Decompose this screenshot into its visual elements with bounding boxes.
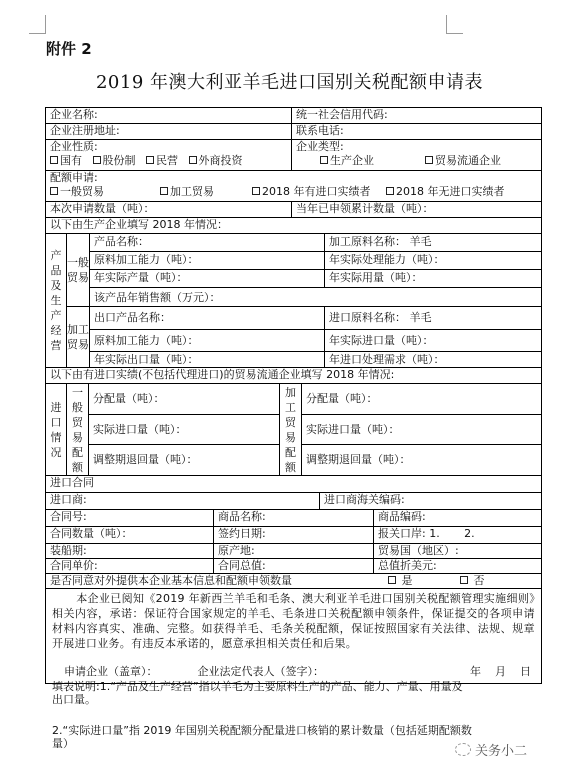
commodity-name-field[interactable]: 商品名称: bbox=[213, 510, 373, 526]
table-row: 合同数量（吨）： 签约日期: 报关口岸: 1. 2. bbox=[46, 526, 541, 543]
production-block: 产品及生产经营 一般贸易 产品名称： 加工原料名称： 羊毛 原料加工能力（吨）：… bbox=[46, 233, 541, 367]
apply-qty-field[interactable]: 本次申请数量（吨）： bbox=[46, 202, 291, 217]
quota-option-general[interactable]: 一般贸易 bbox=[50, 185, 160, 199]
consent-question: 是否同意对外提供本企业基本信息和配额申领数量 bbox=[46, 574, 384, 588]
company-name-field[interactable]: 企业名称: bbox=[46, 108, 291, 123]
legal-rep-signature-field[interactable]: 企业法定代表人（签字）： bbox=[198, 665, 325, 679]
processing-capacity-field[interactable]: 原料加工能力（吨）： bbox=[90, 334, 324, 348]
checkbox-icon[interactable] bbox=[388, 576, 396, 584]
processing-quota-label: 加工贸易配额 bbox=[279, 384, 301, 475]
checkbox-icon[interactable] bbox=[252, 187, 260, 195]
contract-qty-field[interactable]: 合同数量（吨）： bbox=[46, 527, 213, 543]
page-corner-mark bbox=[446, 15, 463, 34]
contract-section-header: 进口合同 bbox=[46, 476, 541, 492]
checkbox-icon[interactable] bbox=[50, 156, 58, 164]
instruction-note-2: 2.“实际进口量”指 2019 年国别关税配额分配量进口核销的累计数量（包括延期… bbox=[52, 724, 472, 750]
company-type-cell: 企业类型: 生产企业 贸易流通企业 bbox=[291, 140, 541, 170]
nature-option-state[interactable]: 国有 bbox=[50, 154, 82, 167]
actual-output-field[interactable]: 年实际产量（吨）： bbox=[90, 270, 324, 287]
consent-yes-option[interactable]: 是 bbox=[384, 574, 456, 588]
quota-option-processing[interactable]: 加工贸易 bbox=[160, 185, 252, 199]
actual-processing-capacity-field[interactable]: 年实际处理能力（吨）： bbox=[324, 252, 541, 269]
importer-customs-code-field[interactable]: 进口商海关编码: bbox=[319, 493, 541, 509]
phone-field[interactable]: 联系电话: bbox=[291, 124, 541, 139]
watermark: 关务小二 bbox=[455, 740, 527, 759]
import-status-label: 进口情况 bbox=[46, 384, 66, 475]
instruction-note-1: 填表说明:1.“产品及生产经营”指以羊毛为主要原料生产的产品、能力、产量、用量及… bbox=[52, 680, 472, 706]
checkbox-icon[interactable] bbox=[93, 156, 101, 164]
processing-allocated-field[interactable]: 分配量（吨）： bbox=[302, 384, 541, 414]
table-row: 企业注册地址: 联系电话: bbox=[46, 123, 541, 139]
contract-no-field[interactable]: 合同号: bbox=[46, 510, 213, 526]
raw-material-name-field[interactable]: 加工原料名称： 羊毛 bbox=[324, 234, 541, 251]
table-row: 合同号: 商品名称: 商品编码: bbox=[46, 509, 541, 526]
credit-code-field[interactable]: 统一社会信用代码: bbox=[291, 108, 541, 123]
total-value-field[interactable]: 合同总值: bbox=[213, 559, 373, 573]
table-row: 以下由生产企业填写 2018 年情况： bbox=[46, 217, 541, 233]
processing-actual-import-field[interactable]: 实际进口量（吨）： bbox=[302, 414, 541, 444]
company-nature-label: 企业性质: bbox=[50, 140, 287, 154]
trade-section-header: 以下由有进口实绩(不包括代理进口)的贸易流通企业填写 2018 年情况: bbox=[46, 368, 541, 383]
table-row: 以下由有进口实绩(不包括代理进口)的贸易流通企业填写 2018 年情况: bbox=[46, 367, 541, 383]
quota-option-has-record[interactable]: 2018 年有进口实绩者 bbox=[252, 185, 386, 199]
usd-value-field[interactable]: 总值折美元: bbox=[373, 559, 541, 573]
page-corner-mark bbox=[29, 15, 46, 34]
production-side-label: 产品及生产经营 bbox=[46, 234, 66, 367]
cumulative-qty-field[interactable]: 当年已申领累计数量（吨）： bbox=[291, 202, 541, 217]
signing-date-field[interactable]: 签约日期: bbox=[213, 527, 373, 543]
export-product-name-field[interactable]: 出口产品名称： bbox=[90, 311, 324, 325]
processing-trade-label: 加工贸易 bbox=[67, 307, 89, 367]
nature-option-private[interactable]: 民营 bbox=[146, 154, 178, 167]
shipment-period-field[interactable]: 装船期: bbox=[46, 544, 213, 558]
general-returned-field[interactable]: 调整期退回量（吨）： bbox=[89, 444, 279, 475]
customs-port-field[interactable]: 报关口岸: 1. 2. bbox=[373, 527, 541, 543]
processing-trade-block: 加工贸易 出口产品名称： 进口原料名称： 羊毛 原料加工能力（吨）： 年实际进口… bbox=[67, 306, 541, 367]
company-address-field[interactable]: 企业注册地址: bbox=[46, 124, 291, 139]
quota-option-no-record[interactable]: 2018 年无进口实绩者 bbox=[386, 185, 505, 199]
date-field[interactable]: 年 月 日 bbox=[470, 665, 531, 679]
checkbox-icon[interactable] bbox=[320, 156, 328, 164]
table-row: 企业性质: 国有 股份制 民营 外商投资 企业类型: 生产企业 贸易流通企业 bbox=[46, 139, 541, 170]
application-form-table: 企业名称: 统一社会信用代码: 企业注册地址: 联系电话: 企业性质: 国有 股… bbox=[45, 107, 542, 684]
table-row: 是否同意对外提供本企业基本信息和配额申领数量 是 否 bbox=[46, 573, 541, 588]
table-row: 进口商: 进口商海关编码: bbox=[46, 492, 541, 509]
product-name-field[interactable]: 产品名称： bbox=[90, 234, 324, 251]
checkbox-icon[interactable] bbox=[160, 187, 168, 195]
checkbox-icon[interactable] bbox=[189, 156, 197, 164]
origin-field[interactable]: 原产地: bbox=[213, 544, 373, 558]
quota-application-cell: 配额申请: 一般贸易 加工贸易 2018 年有进口实绩者 2018 年无进口实绩… bbox=[46, 171, 541, 201]
checkbox-icon[interactable] bbox=[146, 156, 154, 164]
general-quota-label: 一般贸易配额 bbox=[66, 384, 88, 475]
processing-capacity-field[interactable]: 原料加工能力（吨）： bbox=[90, 252, 324, 269]
general-allocated-field[interactable]: 分配量（吨）： bbox=[89, 384, 279, 414]
production-section-header: 以下由生产企业填写 2018 年情况： bbox=[46, 218, 541, 233]
attachment-label: 附件 2 bbox=[46, 38, 92, 59]
actual-import-field[interactable]: 年实际进口量（吨）： bbox=[324, 330, 541, 351]
table-row: 配额申请: 一般贸易 加工贸易 2018 年有进口实绩者 2018 年无进口实绩… bbox=[46, 170, 541, 201]
wechat-icon bbox=[455, 743, 471, 756]
table-row: 进口合同 bbox=[46, 475, 541, 492]
checkbox-icon[interactable] bbox=[425, 156, 433, 164]
unit-price-field[interactable]: 合同单价: bbox=[46, 559, 213, 573]
nature-option-foreign[interactable]: 外商投资 bbox=[189, 154, 243, 167]
quota-label: 配额申请: bbox=[50, 171, 537, 185]
table-row: 合同单价: 合同总值: 总值折美元: bbox=[46, 558, 541, 573]
declaration-text: 本企业已阅知《2019 年新西兰羊毛和毛条、澳大利亚羊毛进口国别关税配额管理实施… bbox=[46, 589, 541, 651]
company-nature-cell: 企业性质: 国有 股份制 民营 外商投资 bbox=[46, 140, 291, 170]
trade-country-field[interactable]: 贸易国（地区）: bbox=[373, 544, 541, 558]
general-trade-label: 一般贸易 bbox=[67, 234, 89, 306]
declaration-block: 本企业已阅知《2019 年新西兰羊毛和毛条、澳大利亚羊毛进口国别关税配额管理实施… bbox=[46, 588, 541, 683]
commodity-code-field[interactable]: 商品编码: bbox=[373, 510, 541, 526]
import-material-name-field[interactable]: 进口原料名称： 羊毛 bbox=[324, 307, 541, 329]
importer-field[interactable]: 进口商: bbox=[46, 493, 319, 509]
applicant-seal-field[interactable]: 申请企业（盖章）： bbox=[64, 665, 158, 679]
general-actual-import-field[interactable]: 实际进口量（吨）： bbox=[89, 414, 279, 444]
type-option-production[interactable]: 生产企业 bbox=[320, 154, 374, 167]
actual-usage-field[interactable]: 年实际用量（吨）： bbox=[324, 270, 541, 287]
general-trade-block: 一般贸易 产品名称： 加工原料名称： 羊毛 原料加工能力（吨）： 年实际处理能力… bbox=[67, 234, 541, 306]
checkbox-icon[interactable] bbox=[460, 576, 468, 584]
consent-no-option[interactable]: 否 bbox=[456, 574, 541, 588]
page-title: 2019 年澳大利亚羊毛进口国别关税配额申请表 bbox=[0, 68, 579, 94]
table-row: 企业名称: 统一社会信用代码: bbox=[46, 108, 541, 123]
import-processing-demand-field[interactable]: 年进口处理需求（吨）： bbox=[324, 352, 541, 367]
type-option-trading[interactable]: 贸易流通企业 bbox=[425, 154, 501, 167]
actual-export-field[interactable]: 年实际出口量（吨）： bbox=[90, 353, 324, 367]
nature-option-shareholding[interactable]: 股份制 bbox=[93, 154, 136, 167]
table-row: 装船期: 原产地: 贸易国（地区）: bbox=[46, 543, 541, 558]
checkbox-icon[interactable] bbox=[386, 187, 394, 195]
table-row: 本次申请数量（吨）： 当年已申领累计数量（吨）： bbox=[46, 201, 541, 217]
company-type-label: 企业类型: bbox=[296, 140, 537, 154]
checkbox-icon[interactable] bbox=[50, 187, 58, 195]
processing-returned-field[interactable]: 调整期退回量（吨）： bbox=[302, 444, 541, 475]
trade-block: 进口情况 一般贸易配额 分配量（吨）： 实际进口量（吨）： 调整期退回量（吨）：… bbox=[46, 383, 541, 475]
annual-sales-field[interactable]: 该产品年销售额（万元）： bbox=[90, 288, 541, 306]
